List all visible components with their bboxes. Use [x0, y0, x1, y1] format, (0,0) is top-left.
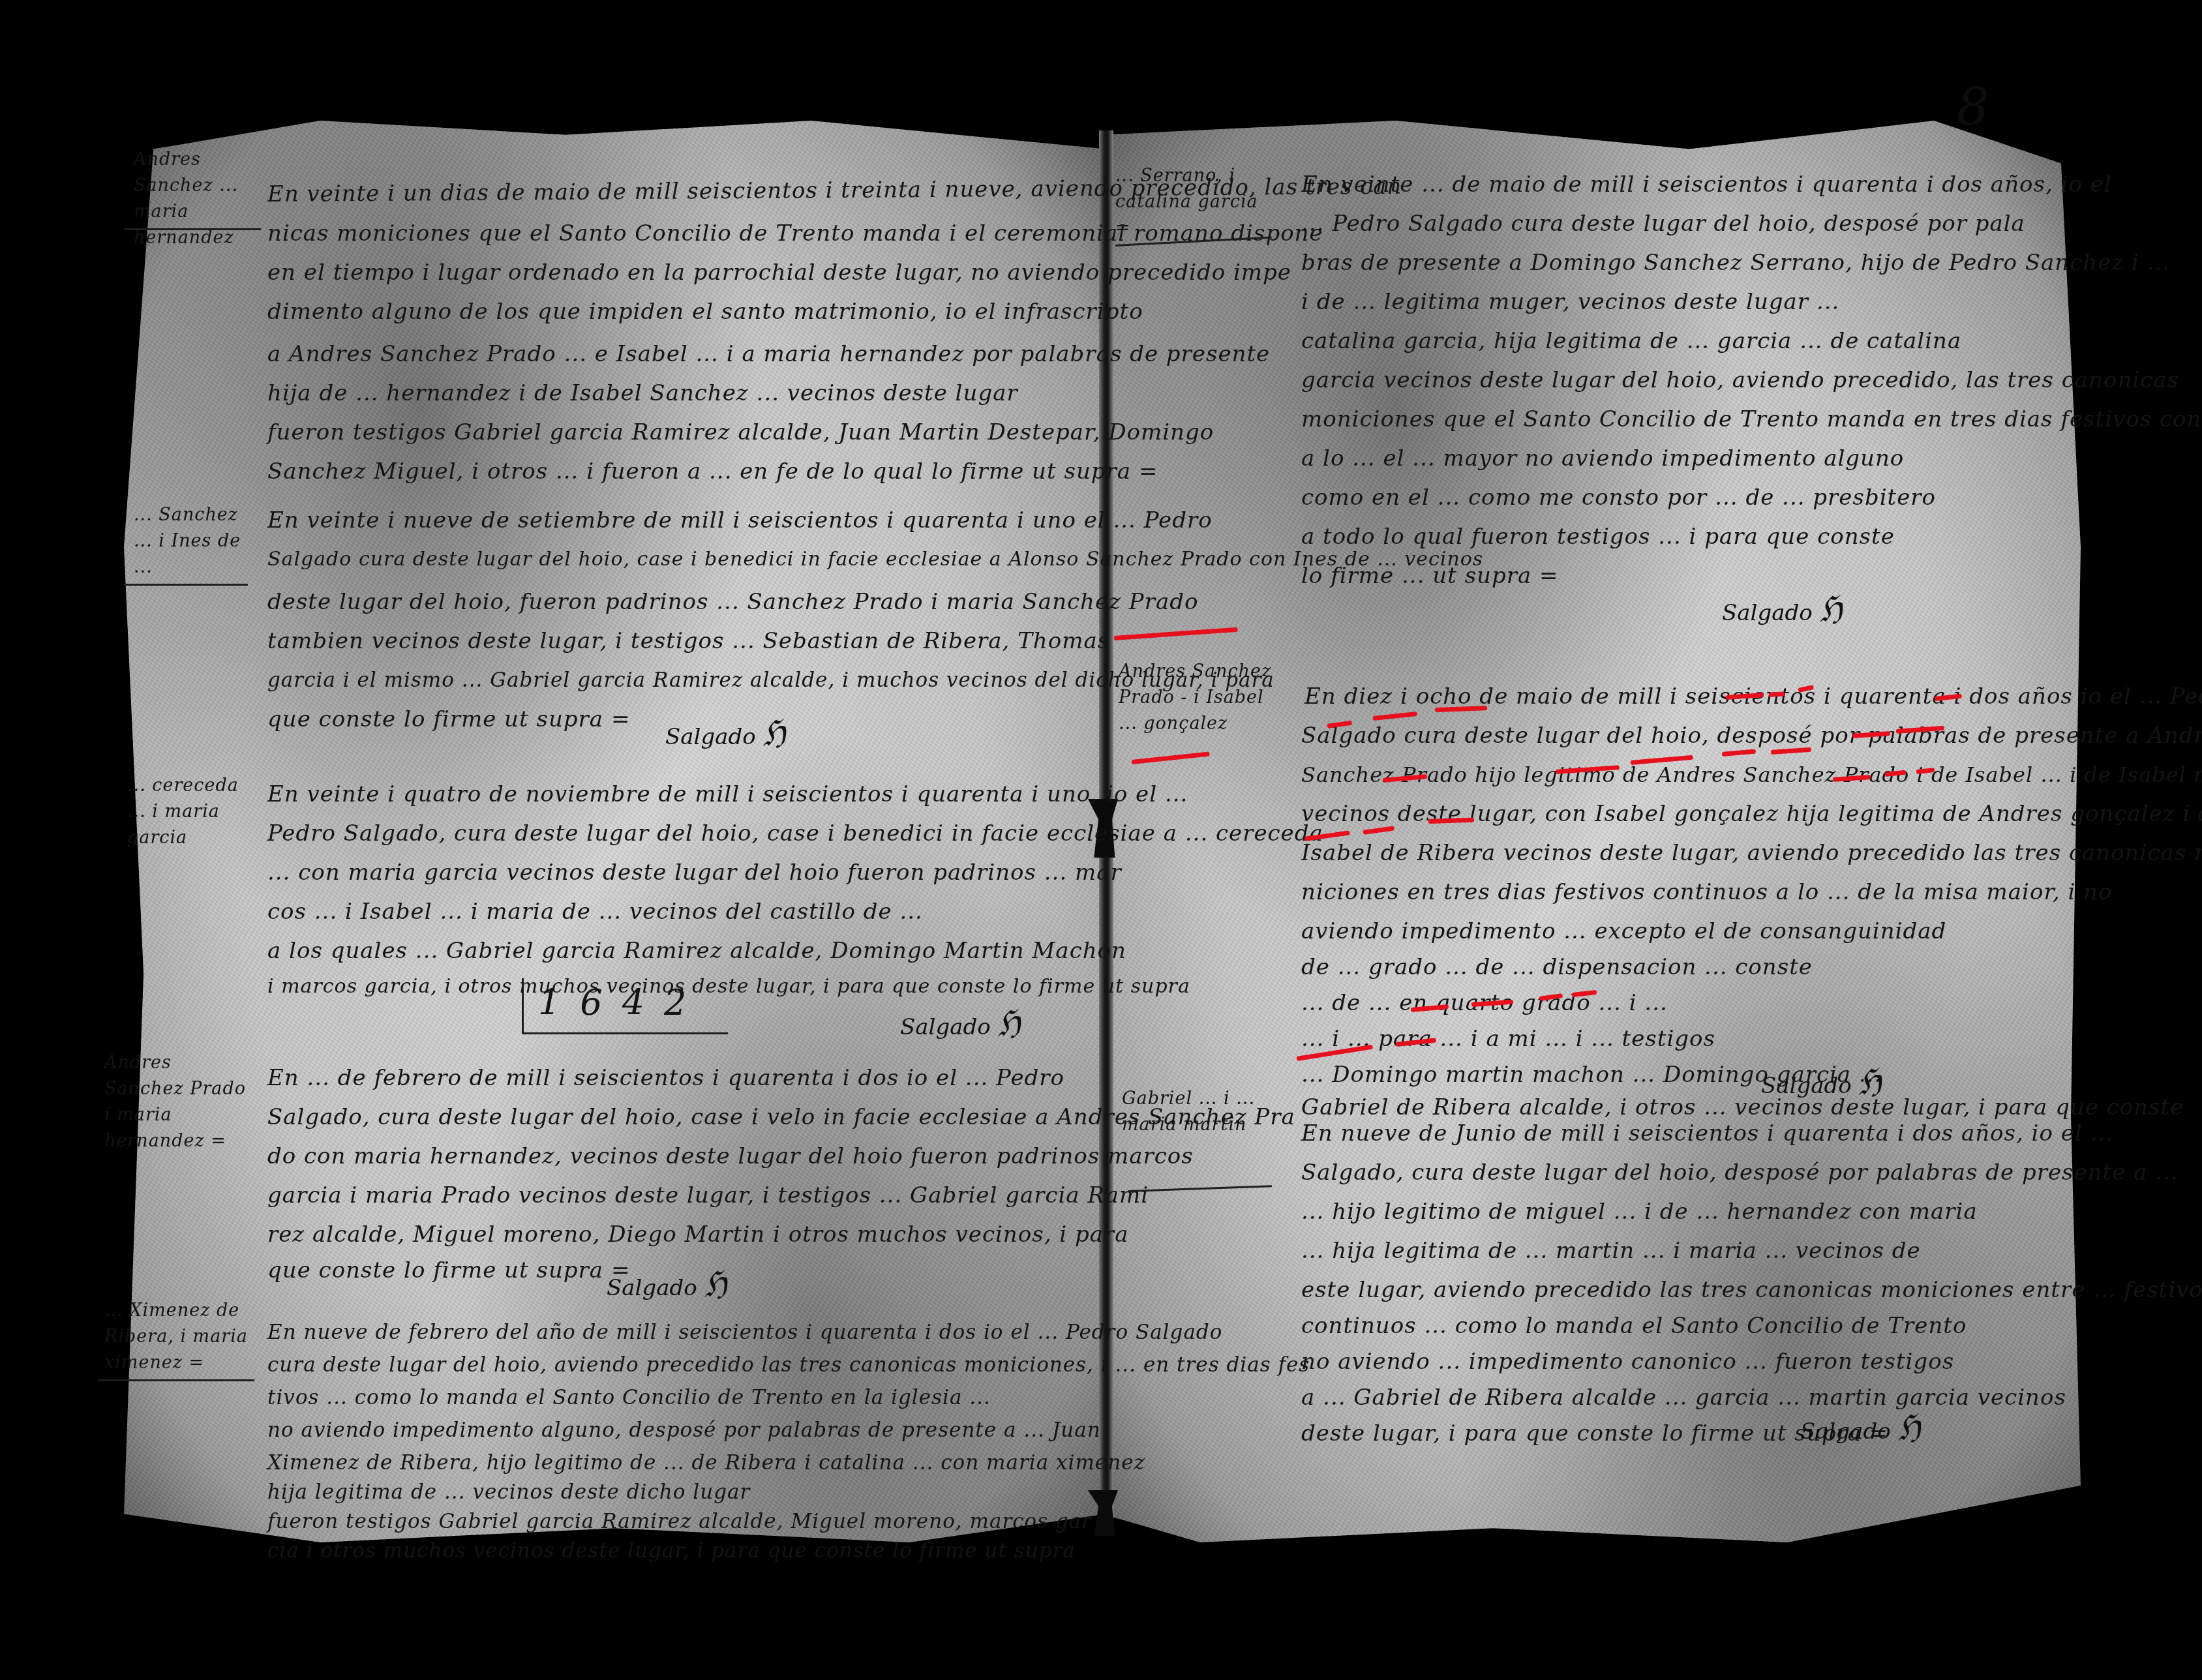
text-line: i marcos garcia, i otros muchos vecinos … [267, 965, 1190, 1008]
text-line: lo firme ... ut supra = [1301, 554, 1559, 597]
folio-number: 8 [1957, 78, 1989, 137]
signature-flourish-icon: ℌ [699, 1263, 730, 1305]
signature-name: Salgado [1800, 1418, 1891, 1445]
text-line: como en el ... como me consto por ... de… [1301, 476, 1936, 519]
margin-note: ... cereceda ... i maria garcia [127, 773, 258, 851]
text-line: En veinte ... de maio de mill i seiscien… [1301, 163, 2112, 206]
signature-flourish-icon: ℌ [1854, 1061, 1884, 1103]
signature-name: Salgado [900, 1014, 991, 1040]
margin-note: ... Ximenez de Ribera, i maria ximenez = [104, 1298, 254, 1376]
text-line: moniciones que el Santo Concilio de Tren… [1301, 398, 2201, 441]
margin-rule [124, 228, 261, 230]
text-line: catalina garcia, hija legitima de ... ga… [1301, 320, 1961, 363]
margin-note: ... Sanchez ... i Ines de ... [134, 502, 258, 580]
text-line: a lo ... el ... mayor no aviendo impedim… [1301, 437, 1904, 480]
signature-flourish-icon: ℌ [1893, 1407, 1923, 1448]
signature-name: Salgado [665, 724, 756, 750]
text-line: Sanchez Miguel, i otros ... i fueron a .… [267, 450, 1158, 493]
document-scan: 8 Andres Sanchez ... maria hernandez ...… [0, 0, 2202, 1680]
text-line: que conste lo firme ut supra = [267, 1249, 630, 1292]
text-line: vecinos deste lugar, con Isabel gonçalez… [1301, 792, 2202, 835]
text-line: Sanchez Prado hijo legitimo de Andres Sa… [1301, 753, 2202, 796]
text-line: En nueve de Junio de mill i seiscientos … [1301, 1112, 2113, 1155]
signature-name: Salgado [1761, 1073, 1852, 1099]
text-line: do con maria hernandez, vecinos deste lu… [267, 1135, 1194, 1178]
margin-note: Gabriel ... i ... maria martin [1122, 1086, 1278, 1138]
text-line: Pedro Salgado, cura deste lugar del hoio… [267, 812, 1323, 855]
signature-flourish-icon: ℌ [993, 1002, 1023, 1044]
text-line: que conste lo firme ut supra = [267, 698, 630, 741]
signature-flourish-icon: ℌ [758, 712, 789, 754]
signature: Salgadoℌ [1722, 590, 1842, 628]
signature-name: Salgado [607, 1275, 697, 1301]
text-line: fueron testigos Gabriel garcia Ramirez a… [267, 411, 1214, 454]
text-line: deste lugar del hoio, fueron padrinos ..… [267, 580, 1198, 623]
text-line: niciones en tres dias festivos continuos… [1301, 871, 2113, 914]
signature: Salgadoℌ [1761, 1063, 1881, 1101]
text-line: cia i otros muchos vecinos deste lugar, … [267, 1529, 1076, 1572]
text-line: ... Pedro Salgado cura deste lugar del h… [1301, 202, 2025, 245]
text-line: En ... de febrero de mill i seiscientos … [267, 1057, 1064, 1100]
signature: Salgadoℌ [607, 1265, 727, 1303]
text-line: Salgado, cura deste lugar del hoio, desp… [1301, 1151, 2179, 1194]
signature: Salgadoℌ [900, 1004, 1020, 1042]
text-line: en el tiempo i lugar ordenado en la parr… [267, 251, 1291, 294]
text-line: Isabel de Ribera vecinos deste lugar, av… [1301, 832, 2202, 875]
margin-rule [124, 584, 248, 586]
text-line: garcia vecinos deste lugar del hoio, avi… [1301, 359, 2179, 402]
text-line: ... hija legitima de ... martin ... i ma… [1301, 1229, 1921, 1272]
text-line: garcia i maria Prado vecinos deste lugar… [267, 1174, 1149, 1217]
signature-flourish-icon: ℌ [1815, 588, 1845, 630]
text-line: cos ... i Isabel ... i maria de ... veci… [267, 890, 923, 933]
text-line: a Andres Sanchez Prado ... e Isabel ... … [267, 333, 1270, 376]
text-line: ... con maria garcia vecinos deste lugar… [267, 851, 1122, 894]
margin-rule [98, 1379, 254, 1381]
margin-note: Andres Sanchez ... maria hernandez [134, 147, 271, 251]
margin-note: Andres Sanchez Prado i maria hernandez = [104, 1050, 254, 1154]
text-line: i de ... legitima muger, vecinos deste l… [1301, 280, 1839, 323]
signature: Salgadoℌ [665, 714, 785, 752]
text-line: En veinte i quatro de noviembre de mill … [267, 773, 1188, 816]
text-line: En veinte i nueve de setiembre de mill i… [267, 499, 1213, 542]
year-annotation: 1642 [522, 978, 728, 1034]
text-line: tambien vecinos deste lugar, i testigos … [267, 620, 1109, 663]
text-line: hija de ... hernandez i de Isabel Sanche… [267, 372, 1018, 415]
text-line: bras de presente a Domingo Sanchez Serra… [1301, 241, 2170, 284]
signature: Salgadoℌ [1800, 1409, 1920, 1447]
text-line: dimento alguno de los que impiden el san… [267, 290, 1143, 333]
text-line: ... hijo legitimo de miguel ... i de ...… [1301, 1190, 1978, 1233]
text-line: a todo lo qual fueron testigos ... i par… [1301, 515, 1895, 558]
margin-note: ... Serrano, i catalina garcia = [1115, 163, 1278, 241]
margin-note: Andres Sanchez Prado - i Isabel ... gonç… [1119, 659, 1275, 737]
signature-name: Salgado [1722, 600, 1813, 626]
